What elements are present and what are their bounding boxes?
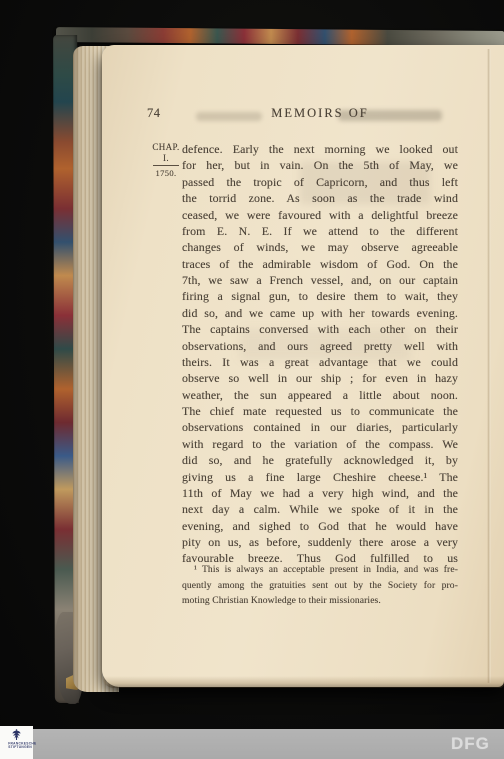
- scan-viewer: 74 MEMOIRS OF CHAP. I. 1750. defence. Ea…: [0, 0, 504, 759]
- body-line: from E. N. E. If we attend to the differ…: [182, 223, 458, 239]
- body-line: changes of winds, we may observe agreeab…: [182, 239, 458, 255]
- body-line: observations, and ours agreed pretty wel…: [182, 338, 458, 354]
- body-text: defence. Early the next morning we looke…: [182, 141, 458, 567]
- body-line: the torrid zone. As soon as the trade wi…: [182, 190, 458, 206]
- body-line: firing a signal gun, to desire them to w…: [182, 288, 458, 304]
- running-title: MEMOIRS OF: [182, 106, 458, 121]
- body-line: next day a calm. While we spoke of it in…: [182, 501, 458, 517]
- library-logo-text: FRANCKESCHE STIFTUNGEN: [0, 742, 33, 756]
- body-line: with regard to the variation of the comp…: [182, 436, 458, 452]
- body-line: observations contained in our diaries, p…: [182, 419, 458, 435]
- chapter-numeral: I.: [146, 153, 186, 164]
- body-line: passed the tropic of Capricorn, and thus…: [182, 174, 458, 190]
- body-line: 11th of May we had a very high wind, and…: [182, 485, 458, 501]
- page-number: 74: [147, 106, 161, 121]
- page-bottom-edge: [102, 676, 504, 688]
- body-line: The captains conversed with each other o…: [182, 321, 458, 337]
- body-line: defence. Early the next morning we looke…: [182, 141, 458, 157]
- footnote-line: ¹ This is always an acceptable present i…: [182, 562, 458, 578]
- body-line: did so, and we came up with her towards …: [182, 305, 458, 321]
- body-line: observe so well in our ship ; for even i…: [182, 370, 458, 386]
- page-crease: [487, 49, 491, 683]
- book-top-board-edge: [56, 27, 504, 46]
- body-line: weather, the sun appeared a little about…: [182, 387, 458, 403]
- body-line: evening, and sighed to God that he would…: [182, 518, 458, 534]
- dfg-logo: DFG: [451, 733, 501, 755]
- chapter-label: CHAP.: [146, 142, 186, 153]
- chapter-year: 1750.: [146, 168, 186, 179]
- footnote-line: moting Christian Knowledge to their miss…: [182, 593, 458, 609]
- footnote: ¹ This is always an acceptable present i…: [182, 562, 458, 609]
- body-line: traces of the admirable wisdom of God. O…: [182, 256, 458, 272]
- chapter-margin-note: CHAP. I. 1750.: [146, 142, 186, 179]
- body-line: The chief mate requested us to communica…: [182, 403, 458, 419]
- body-line: theirs. It was a great advantage that we…: [182, 354, 458, 370]
- body-line: for her, but in vain. On the 5th of May,…: [182, 157, 458, 173]
- footnote-line: quently among the gratuities sent out by…: [182, 578, 458, 594]
- body-line: did so, and he gratefully acknowledged i…: [182, 452, 458, 468]
- body-line: 7th, we saw a French vessel, and, on our…: [182, 272, 458, 288]
- body-line: ceased, we were favoured with a delightf…: [182, 207, 458, 223]
- body-line: giving us a fine large Cheshire cheese.¹…: [182, 469, 458, 485]
- margin-rule: [153, 165, 179, 166]
- footer-bar: [32, 729, 504, 759]
- body-line: pity on us, as before, suddenly there ar…: [182, 534, 458, 550]
- library-name-line2: STIFTUNGEN: [8, 746, 25, 750]
